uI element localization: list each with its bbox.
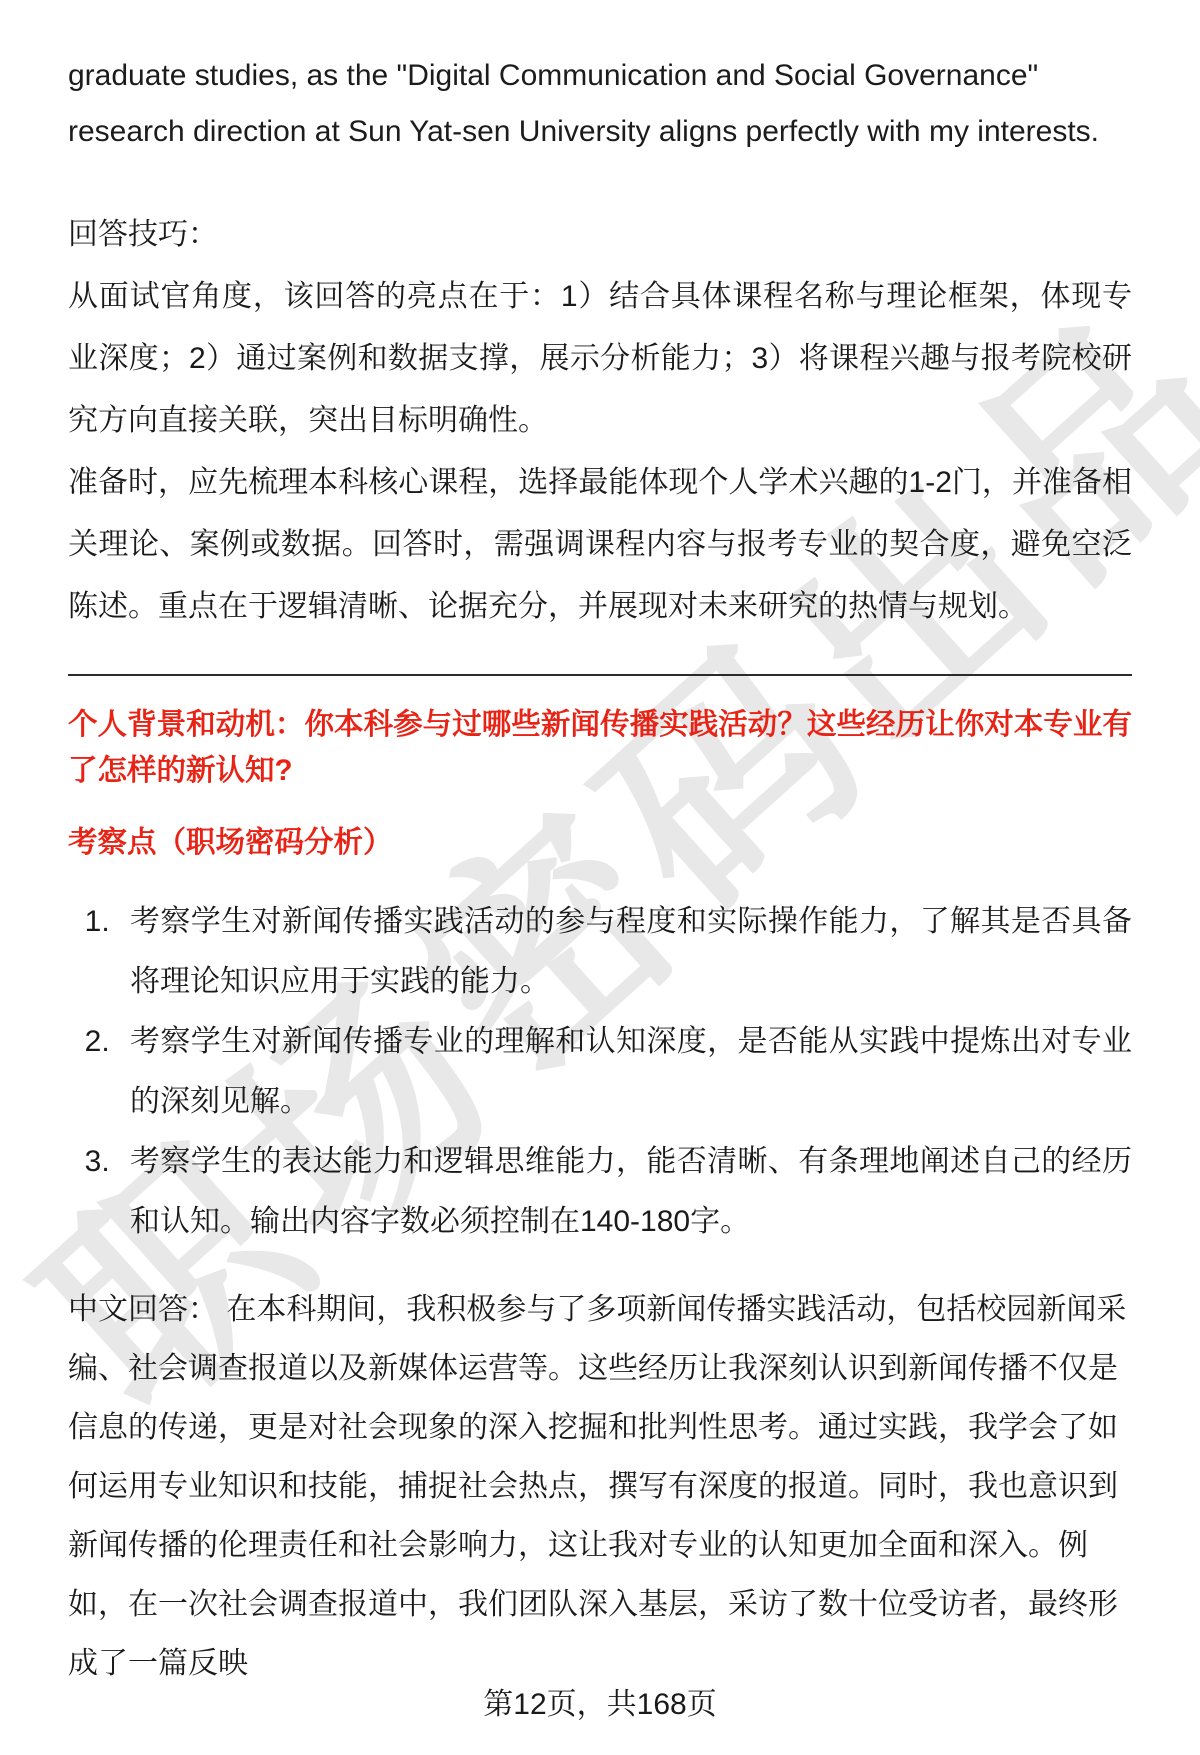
tips-preparation-paragraph: 准备时，应先梳理本科核心课程，选择最能体现个人学术兴趣的1-2门，并准备相关理论… (68, 452, 1132, 638)
analysis-point-item: 考察学生对新闻传播实践活动的参与程度和实际操作能力，了解其是否具备将理论知识应用… (118, 892, 1132, 1012)
analysis-points-list: 考察学生对新闻传播实践活动的参与程度和实际操作能力，了解其是否具备将理论知识应用… (68, 892, 1132, 1252)
analysis-point-item: 考察学生对新闻传播专业的理解和认知深度，是否能从实践中提炼出对专业的深刻见解。 (118, 1012, 1132, 1132)
page-number-footer: 第12页，共168页 (0, 1686, 1200, 1724)
interview-question-heading: 个人背景和动机：你本科参与过哪些新闻传播实践活动？这些经历让你对本专业有了怎样的… (68, 702, 1132, 794)
tips-highlights-paragraph: 从面试官角度，该回答的亮点在于：1）结合具体课程名称与理论框架，体现专业深度；2… (68, 266, 1132, 452)
analysis-section-heading: 考察点（职场密码分析） (68, 820, 1132, 866)
document-page: 职场密码出品 graduate studies, as the "Digital… (0, 0, 1200, 1755)
english-paragraph: graduate studies, as the "Digital Commun… (68, 48, 1132, 160)
section-divider (68, 674, 1132, 676)
analysis-point-item: 考察学生的表达能力和逻辑思维能力，能否清晰、有条理地阐述自己的经历和认知。输出内… (118, 1132, 1132, 1252)
answer-tips-label: 回答技巧： (68, 204, 1132, 266)
chinese-answer-paragraph: 中文回答： 在本科期间，我积极参与了多项新闻传播实践活动，包括校园新闻采编、社会… (68, 1280, 1132, 1693)
document-content: graduate studies, as the "Digital Commun… (0, 0, 1200, 1693)
